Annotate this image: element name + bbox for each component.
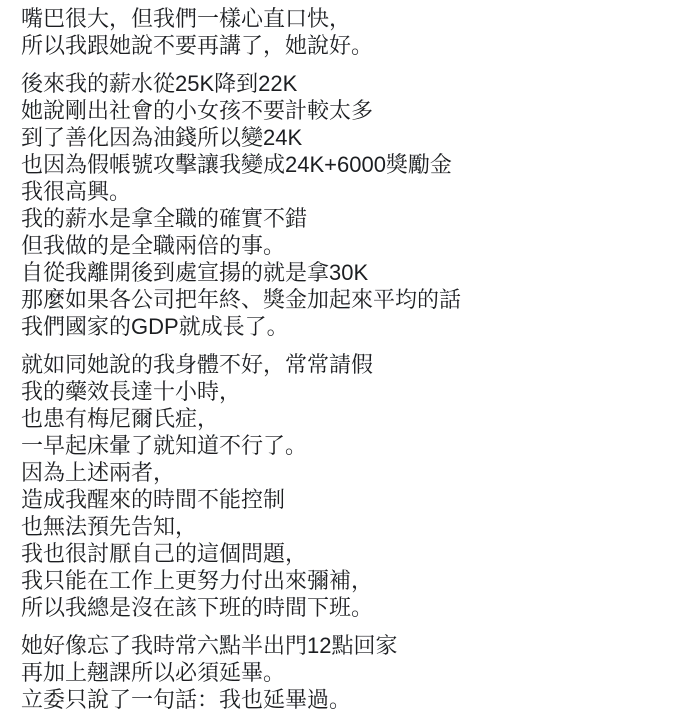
text-line: 嘴巴很大，但我們一樣心直口快， [21, 5, 682, 32]
text-line: 那麼如果各公司把年終、獎金加起來平均的話 [21, 286, 682, 313]
paragraph: 後來我的薪水從25K降到22K 她說剛出社會的小女孩不要計較太多 到了善化因為油… [21, 70, 682, 340]
text-line: 也因為假帳號攻擊讓我變成24K+6000獎勵金 [21, 151, 682, 178]
text-line: 我們國家的GDP就成長了。 [21, 313, 682, 340]
text-line: 她說剛出社會的小女孩不要計較太多 [21, 97, 682, 124]
paragraph: 就如同她說的我身體不好，常常請假 我的藥效長達十小時， 也患有梅尼爾氏症， 一早… [21, 351, 682, 621]
text-line: 後來我的薪水從25K降到22K [21, 70, 682, 97]
text-line: 我也很討厭自己的這個問題， [21, 540, 682, 567]
text-line: 一早起床暈了就知道不行了。 [21, 432, 682, 459]
paragraph: 嘴巴很大，但我們一樣心直口快， 所以我跟她說不要再講了，她說好。 [21, 5, 682, 59]
text-line: 我的薪水是拿全職的確實不錯 [21, 205, 682, 232]
text-line: 所以我總是沒在該下班的時間下班。 [21, 594, 682, 621]
text-line: 因為上述兩者， [21, 459, 682, 486]
text-line: 她好像忘了我時常六點半出門12點回家 [21, 632, 682, 659]
text-line: 自從我離開後到處宣揚的就是拿30K [21, 259, 682, 286]
text-line: 我的藥效長達十小時， [21, 378, 682, 405]
text-line: 也患有梅尼爾氏症， [21, 405, 682, 432]
text-line: 立委只說了一句話：我也延畢過。 [21, 686, 682, 713]
text-line: 造成我醒來的時間不能控制 [21, 486, 682, 513]
text-line: 到了善化因為油錢所以變24K [21, 124, 682, 151]
text-line: 我只能在工作上更努力付出來彌補， [21, 567, 682, 594]
text-line: 也無法預先告知， [21, 513, 682, 540]
text-line: 所以我跟她說不要再講了，她說好。 [21, 32, 682, 59]
text-line: 就如同她說的我身體不好，常常請假 [21, 351, 682, 378]
text-line: 但我做的是全職兩倍的事。 [21, 232, 682, 259]
text-line: 我很高興。 [21, 178, 682, 205]
post-text: 嘴巴很大，但我們一樣心直口快， 所以我跟她說不要再講了，她說好。 後來我的薪水從… [0, 0, 696, 713]
text-line: 再加上翹課所以必須延畢。 [21, 659, 682, 686]
paragraph: 她好像忘了我時常六點半出門12點回家 再加上翹課所以必須延畢。 立委只說了一句話… [21, 632, 682, 713]
